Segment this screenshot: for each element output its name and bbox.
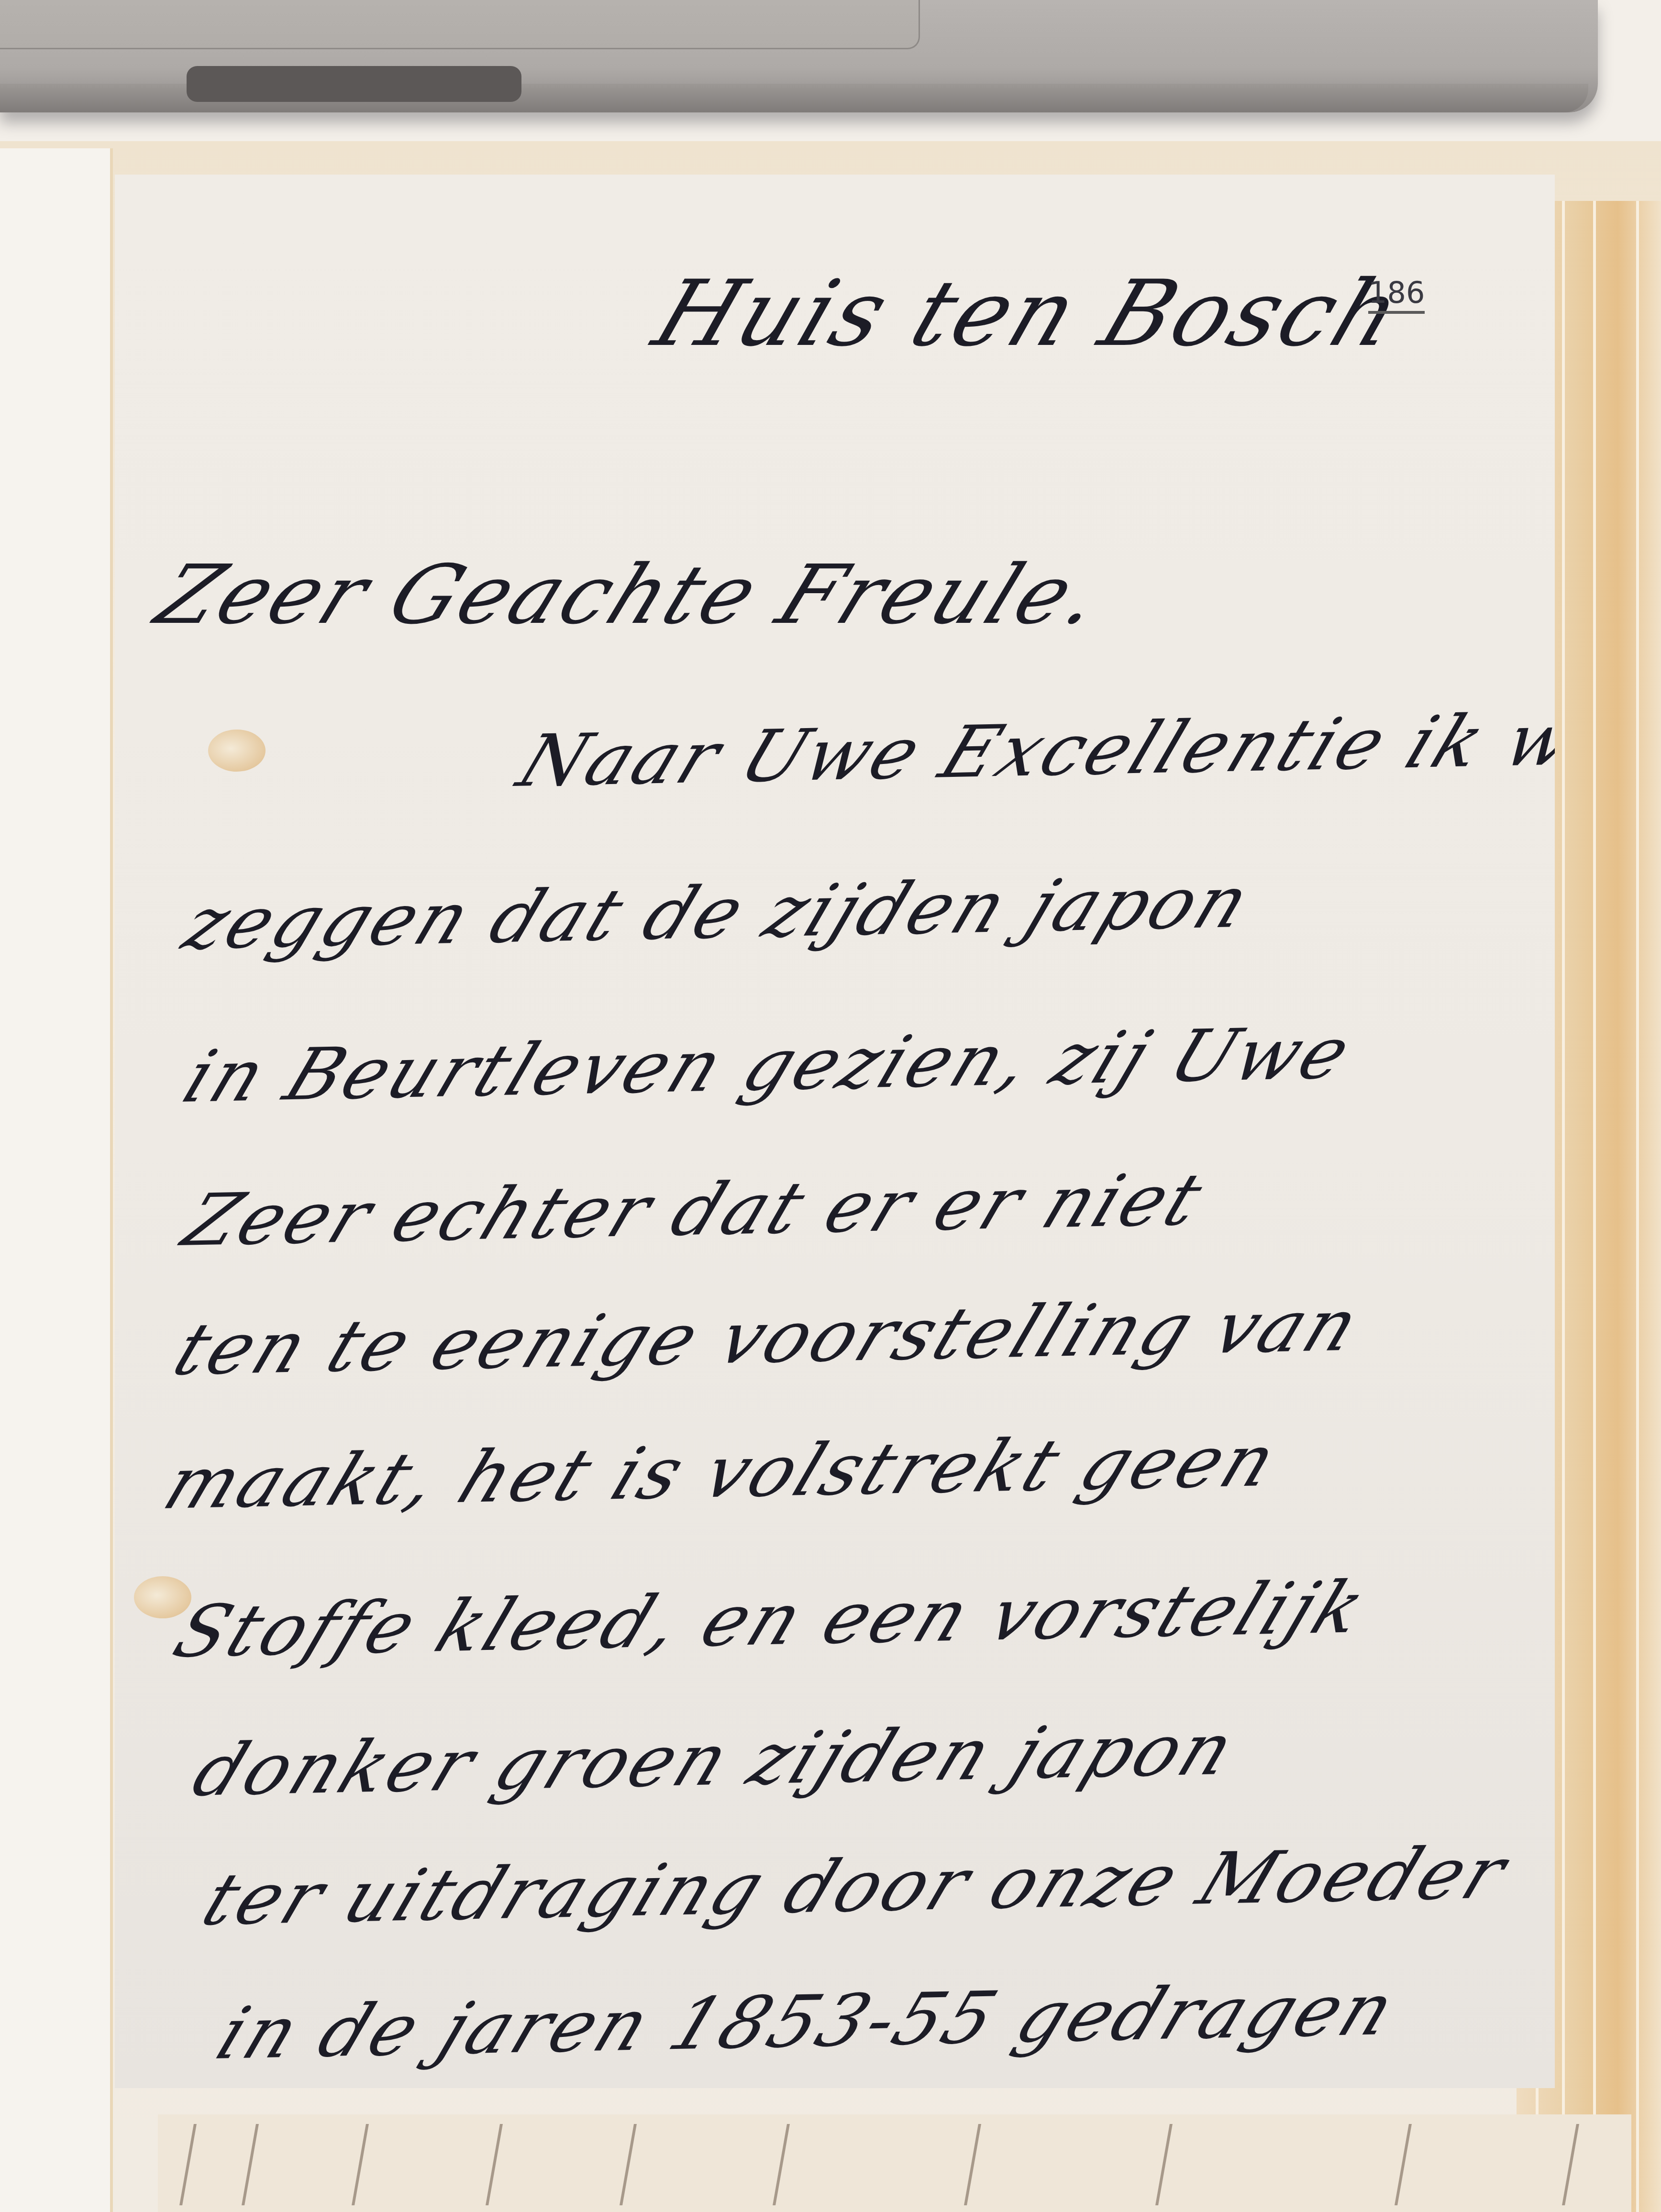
laptop-edge <box>0 0 1598 112</box>
ink-stroke <box>1395 2124 1412 2205</box>
laptop-port-icon <box>187 66 521 102</box>
body-line-7: Stoffe kleed, en een vorstelijk <box>163 1566 1379 1674</box>
punch-hole-icon <box>134 1576 191 1618</box>
left-underlying-sheet <box>0 148 113 2212</box>
salutation: Zeer Geachte Freule. <box>144 548 1118 642</box>
body-line-2: zeggen dat de zijden japon <box>172 861 1263 966</box>
punch-hole-icon <box>208 730 266 772</box>
letter-heading: Huis ten Bosch <box>641 261 1417 366</box>
handwritten-letter: Huis ten Bosch 186 Zeer Geachte Freule. … <box>115 175 1555 2088</box>
body-line-10: in de jaren 1853-55 gedragen <box>206 1968 1408 2076</box>
ink-stroke <box>620 2124 637 2205</box>
page-number: 186 <box>1368 275 1425 314</box>
body-line-1: Naar Uwe Excellentie ik wilde <box>507 695 1661 803</box>
paper-edge <box>1593 201 1596 2212</box>
ink-stroke <box>964 2124 981 2205</box>
body-line-6: maakt, het is volstrekt geen <box>153 1419 1290 1526</box>
ink-stroke <box>1155 2124 1173 2205</box>
body-line-4: Zeer echter dat er er niet <box>172 1158 1216 1262</box>
ink-stroke <box>1562 2124 1579 2205</box>
underlying-handwritten-sheet <box>158 2114 1631 2212</box>
ink-stroke <box>773 2124 790 2205</box>
body-line-8: donker groen zijden japon <box>182 1708 1248 1813</box>
body-line-3: in Beurtleven gezien, zij Uwe <box>172 1012 1364 1119</box>
ink-stroke <box>242 2124 259 2205</box>
laptop-trackpad <box>0 0 920 49</box>
ink-stroke <box>352 2124 369 2205</box>
paper-edge <box>1636 201 1639 2212</box>
ink-stroke <box>486 2124 503 2205</box>
body-line-9: ter uitdraging door onze Moeder <box>191 1832 1520 1942</box>
body-line-5: ten te eenige voorstelling van <box>163 1284 1373 1392</box>
ink-stroke <box>179 2124 197 2205</box>
paper-edge <box>1562 201 1565 2212</box>
